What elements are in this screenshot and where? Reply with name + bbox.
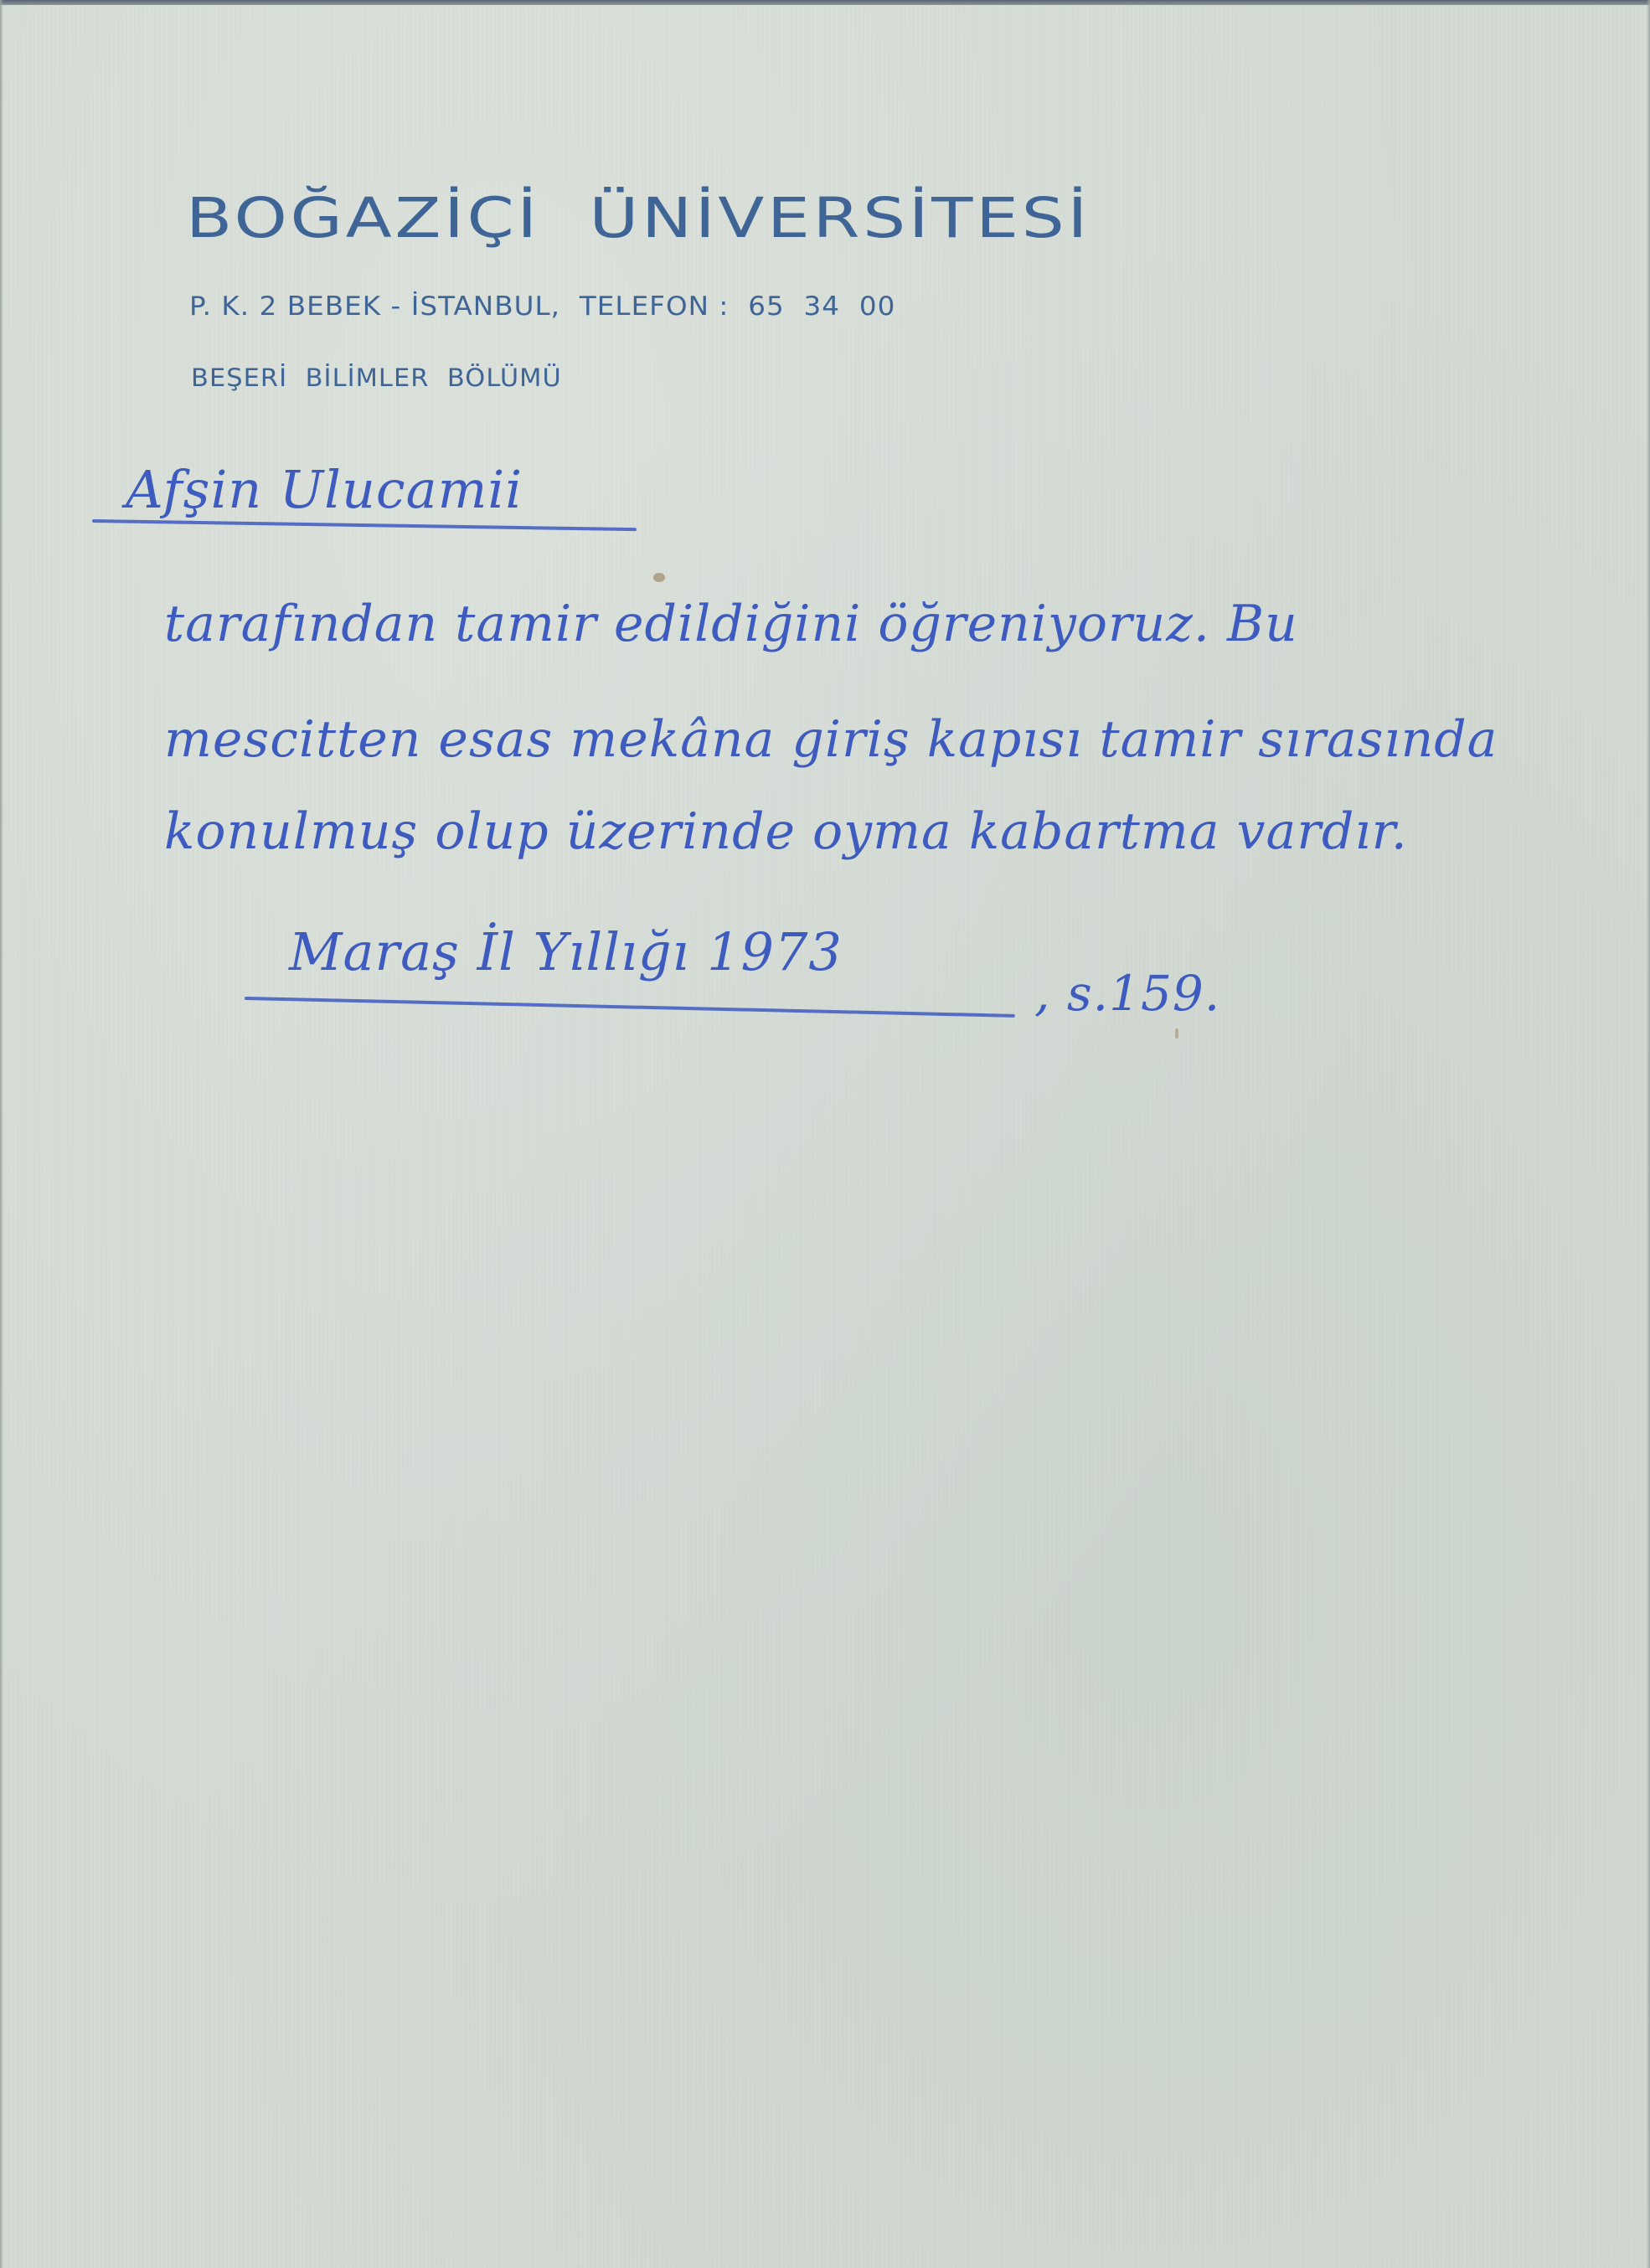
letterhead-address: P. K. 2 BEBEK - İSTANBUL, TELEFON : 65 3… — [189, 291, 895, 322]
letterhead-department: BEŞERİ BİLİMLER BÖLÜMÜ — [191, 363, 562, 392]
paper-stain — [653, 573, 665, 582]
note-body-line: mescitten esas mekâna giriş kapısı tamir… — [164, 710, 1498, 769]
scan-left-edge — [0, 0, 3, 2268]
letterhead-institution: BOĞAZİÇİ ÜNİVERSİTESİ — [186, 186, 1091, 250]
paper-sheet — [0, 0, 1650, 2268]
scan-top-edge — [0, 0, 1650, 5]
note-title: Afşin Ulucamii — [126, 459, 523, 520]
note-body-line: konulmuş olup üzerinde oyma kabartma var… — [164, 802, 1408, 861]
note-body-line: tarafından tamir edildiğini öğreniyoruz.… — [164, 595, 1298, 653]
paper-stain — [1175, 1028, 1178, 1039]
citation-page: , s.159. — [1034, 965, 1220, 1022]
citation-source: Maraş İl Yıllığı 1973 — [289, 921, 843, 982]
scan-right-edge — [1647, 0, 1650, 2268]
